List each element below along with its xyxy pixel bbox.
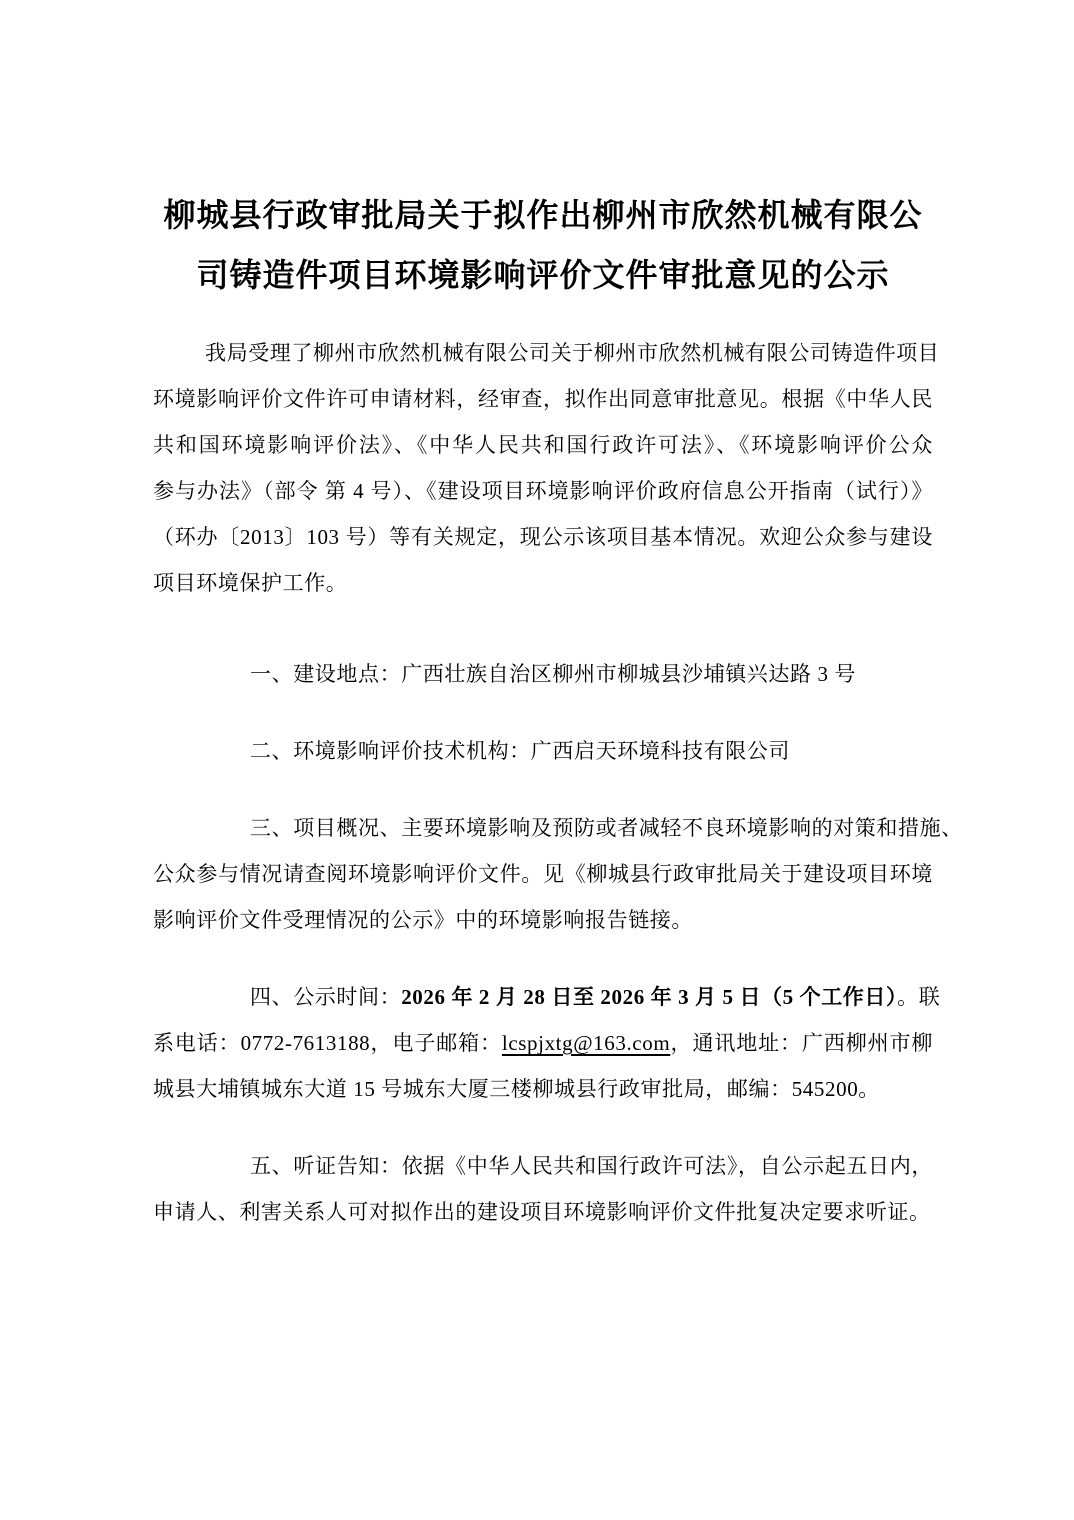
text-line: 共和国环境影响评价法》、《中华人民共和国行政许可法》、《环境影响评价公众 (153, 422, 933, 468)
text-line: 五、听证告知：依据《中华人民共和国行政许可法》，自公示起五日内， (153, 1143, 933, 1189)
text-run: 五、听证告知：依据《中华人民共和国行政许可法》，自公示起五日内， (250, 1154, 933, 1178)
text-run: 共和国环境影响评价法》、《中华人民共和国行政许可法》、《环境影响评价公众 (153, 433, 933, 457)
paragraph-item-4-publicity-period: 四、公示时间：2026 年 2 月 28 日至 2026 年 3 月 5 日（5… (153, 974, 933, 1112)
text-run: 我局受理了柳州市欣然机械有限公司关于柳州市欣然机械有限公司铸造件项目 (205, 341, 939, 365)
text-run: 环境影响评价文件许可申请材料，经审查，拟作出同意审批意见。根据《中华人民 (153, 387, 933, 411)
text-run: 二、环境影响评价技术机构：广西启天环境科技有限公司 (250, 739, 790, 763)
text-run: 2026 年 2 月 28 日至 2026 年 3 月 5 日（5 个工作日） (401, 985, 897, 1009)
paragraph-item-2-eia-agency: 二、环境影响评价技术机构：广西启天环境科技有限公司 (153, 728, 933, 774)
document-title: 柳城县行政审批局关于拟作出柳州市欣然机械有限公 司铸造件项目环境影响评价文件审批… (153, 185, 933, 305)
email-link[interactable]: lcspjxtg@163.com (502, 1031, 670, 1055)
text-run: 公众参与情况请查阅环境影响评价文件。见《柳城县行政审批局关于建设项目环境 (153, 862, 933, 886)
text-line: 系电话：0772-7613188，电子邮箱：lcspjxtg@163.com，通… (153, 1020, 933, 1066)
text-line: 我局受理了柳州市欣然机械有限公司关于柳州市欣然机械有限公司铸造件项目 (153, 330, 933, 376)
text-line: 参与办法》（部令 第 4 号）、《建设项目环境影响评价政府信息公开指南（试行）》 (153, 468, 933, 514)
paragraph-item-1-construction-site: 一、建设地点：广西壮族自治区柳州市柳城县沙埔镇兴达路 3 号 (153, 651, 933, 697)
paragraph-item-5-hearing-notice: 五、听证告知：依据《中华人民共和国行政许可法》，自公示起五日内，申请人、利害关系… (153, 1143, 933, 1235)
text-line: 环境影响评价文件许可申请材料，经审查，拟作出同意审批意见。根据《中华人民 (153, 376, 933, 422)
text-run: ，通讯地址：广西柳州市柳 (670, 1031, 933, 1055)
text-line: （环办〔2013〕103 号）等有关规定，现公示该项目基本情况。欢迎公众参与建设 (153, 514, 933, 560)
text-line: 一、建设地点：广西壮族自治区柳州市柳城县沙埔镇兴达路 3 号 (153, 651, 933, 697)
text-line: 三、项目概况、主要环境影响及预防或者减轻不良环境影响的对策和措施、 (153, 805, 933, 851)
text-line: 四、公示时间：2026 年 2 月 28 日至 2026 年 3 月 5 日（5… (153, 974, 933, 1020)
paragraph-intro: 我局受理了柳州市欣然机械有限公司关于柳州市欣然机械有限公司铸造件项目环境影响评价… (153, 330, 933, 606)
text-run: 参与办法》（部令 第 4 号）、《建设项目环境影响评价政府信息公开指南（试行）》 (153, 479, 933, 503)
text-run: 申请人、利害关系人可对拟作出的建设项目环境影响评价文件批复决定要求听证。 (153, 1200, 931, 1224)
notice-page: 柳城县行政审批局关于拟作出柳州市欣然机械有限公 司铸造件项目环境影响评价文件审批… (0, 0, 1074, 1520)
text-line: 公众参与情况请查阅环境影响评价文件。见《柳城县行政审批局关于建设项目环境 (153, 851, 933, 897)
text-run: 。联 (897, 985, 940, 1009)
title-line-2: 司铸造件项目环境影响评价文件审批意见的公示 (153, 245, 933, 305)
text-run: 城县大埔镇城东大道 15 号城东大厦三楼柳城县行政审批局，邮编：545200。 (153, 1077, 880, 1101)
text-line: 申请人、利害关系人可对拟作出的建设项目环境影响评价文件批复决定要求听证。 (153, 1189, 933, 1235)
text-line: 项目环境保护工作。 (153, 560, 933, 606)
text-run: 三、项目概况、主要环境影响及预防或者减轻不良环境影响的对策和措施、 (250, 816, 963, 840)
text-line: 二、环境影响评价技术机构：广西启天环境科技有限公司 (153, 728, 933, 774)
text-run: 系电话：0772-7613188，电子邮箱： (153, 1031, 502, 1055)
paragraph-item-3-project-overview: 三、项目概况、主要环境影响及预防或者减轻不良环境影响的对策和措施、公众参与情况请… (153, 805, 933, 943)
document-body: 我局受理了柳州市欣然机械有限公司关于柳州市欣然机械有限公司铸造件项目环境影响评价… (153, 330, 933, 1235)
text-run: 一、建设地点：广西壮族自治区柳州市柳城县沙埔镇兴达路 3 号 (250, 662, 856, 686)
text-run: 影响评价文件受理情况的公示》中的环境影响报告链接。 (153, 908, 693, 932)
text-line: 城县大埔镇城东大道 15 号城东大厦三楼柳城县行政审批局，邮编：545200。 (153, 1066, 933, 1112)
text-run: 项目环境保护工作。 (153, 571, 347, 595)
text-run: （环办〔2013〕103 号）等有关规定，现公示该项目基本情况。欢迎公众参与建设 (153, 525, 933, 549)
text-run: 四、公示时间： (250, 985, 401, 1009)
text-line: 影响评价文件受理情况的公示》中的环境影响报告链接。 (153, 897, 933, 943)
title-line-1: 柳城县行政审批局关于拟作出柳州市欣然机械有限公 (153, 185, 933, 245)
